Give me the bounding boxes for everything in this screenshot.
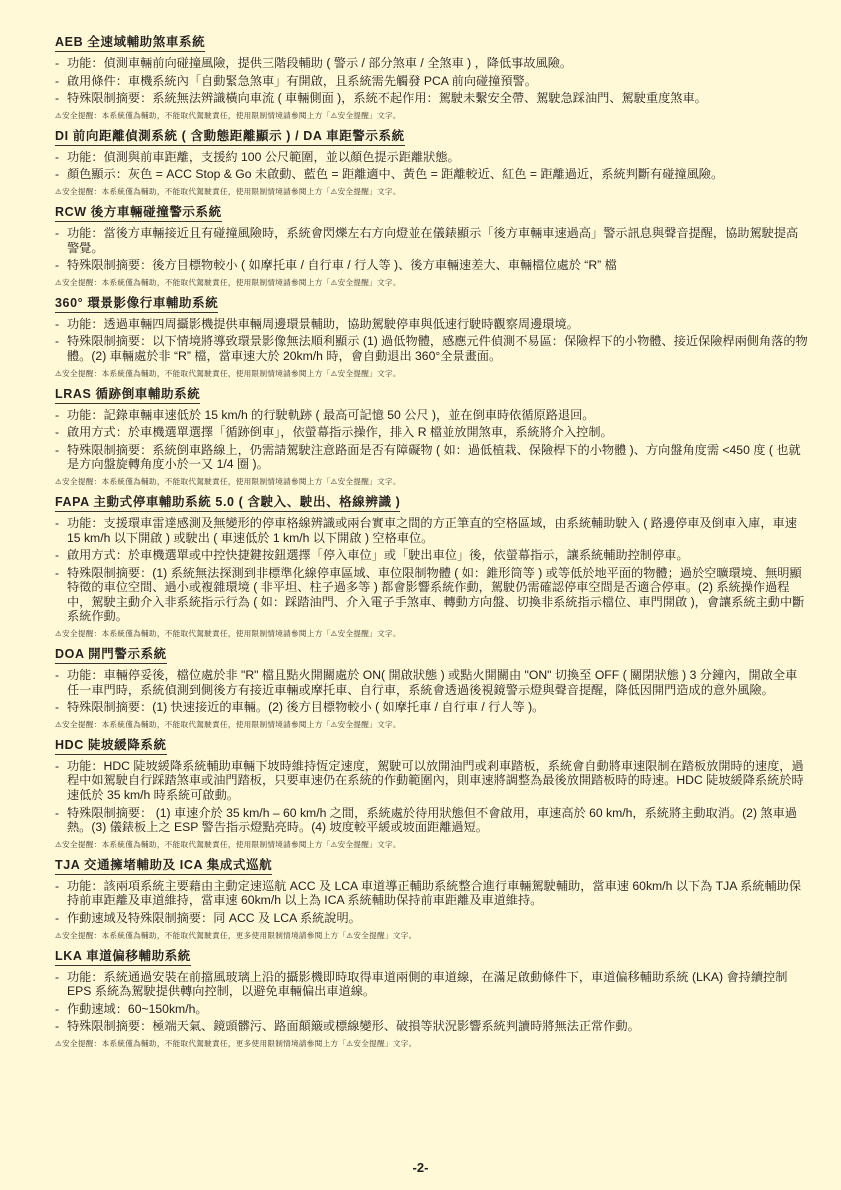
bullet-item: -特殊限制摘要：後方目標物較小 ( 如摩托車 / 自行車 / 行人等 )、後方車… <box>55 258 809 273</box>
dash-bullet-icon: - <box>55 759 59 774</box>
dash-bullet-icon: - <box>55 425 59 440</box>
bullet-text: 啟用方式：於車機選單或中控快捷鍵按鈕選擇「停入車位」或「駛出車位」後，依螢幕指示… <box>67 548 689 562</box>
system-section: AEB 全速域輔助煞車系統-功能：偵測車輛前向碰撞風險，提供三階段輔助 ( 警示… <box>55 33 809 121</box>
section-title: 360° 環景影像行車輔助系統 <box>55 296 218 313</box>
bullet-text: 顏色顯示：灰色 = ACC Stop & Go 未啟動、藍色 = 距離適中、黃色… <box>67 167 723 181</box>
system-section: LRAS 循跡倒車輔助系統-功能：記錄車輛車速低於 15 km/h 的行駛軌跡 … <box>55 385 809 487</box>
safety-note: ⚠安全提醒：本系統僅為輔助，不能取代駕駛責任，使用限制情境請參閱上方「⚠安全提醒… <box>55 839 809 850</box>
system-section: TJA 交通擁堵輔助及 ICA 集成式巡航-功能：該兩項系統主要藉由主動定速巡航… <box>55 856 809 941</box>
section-title: AEB 全速域輔助煞車系統 <box>55 35 205 52</box>
bullet-item: -功能：偵測與前車距離，支援約 100 公尺範圍，並以顏色提示距離狀態。 <box>55 150 809 165</box>
bullet-text: 啟用條件：車機系統內「自動緊急煞車」有開啟，且系統需先觸發 PCA 前向碰撞預警… <box>67 74 537 88</box>
safety-note: ⚠安全提醒：本系統僅為輔助，不能取代駕駛責任，更多使用限制情境請參閱上方「⚠安全… <box>55 1038 809 1049</box>
section-title: LRAS 循跡倒車輔助系統 <box>55 387 200 404</box>
bullet-item: -啟用方式：於車機選單或中控快捷鍵按鈕選擇「停入車位」或「駛出車位」後，依螢幕指… <box>55 548 809 563</box>
bullet-item: -功能：該兩項系統主要藉由主動定速巡航 ACC 及 LCA 車道導正輔助系統整合… <box>55 879 809 908</box>
bullet-item: -特殊限制摘要：極端天氣、鏡頭髒污、路面顛簸或標線變形、破損等狀況影響系統判讀時… <box>55 1019 809 1034</box>
bullet-item: -啟用條件：車機系統內「自動緊急煞車」有開啟，且系統需先觸發 PCA 前向碰撞預… <box>55 74 809 89</box>
section-title: HDC 陡坡緩降系統 <box>55 738 167 755</box>
safety-note: ⚠安全提醒：本系統僅為輔助，不能取代駕駛責任，更多使用限制情境請參閱上方「⚠安全… <box>55 930 809 941</box>
dash-bullet-icon: - <box>55 408 59 423</box>
section-title: DOA 開門警示系統 <box>55 647 167 664</box>
dash-bullet-icon: - <box>55 911 59 926</box>
dash-bullet-icon: - <box>55 970 59 985</box>
bullet-item: -特殊限制摘要：系統倒車路線上，仍需請駕駛注意路面是否有障礙物 ( 如：過低植栽… <box>55 443 809 472</box>
bullet-item: -作動速域：60~150km/h。 <box>55 1002 809 1017</box>
section-title: FAPA 主動式停車輔助系統 5.0 ( 含駛入、駛出、格線辨識 ) <box>55 495 400 512</box>
dash-bullet-icon: - <box>55 668 59 683</box>
dash-bullet-icon: - <box>55 317 59 332</box>
bullet-text: 功能：該兩項系統主要藉由主動定速巡航 ACC 及 LCA 車道導正輔助系統整合進… <box>67 879 801 908</box>
bullet-text: 功能：透過車輛四周攝影機提供車輛周邊環景輔助，協助駕駛停車與低速行駛時觀察周邊環… <box>67 317 579 331</box>
bullet-text: 特殊限制摘要：(1) 系統無法探測到非標準化線停車區域、車位限制物體 ( 如：錐… <box>67 566 804 624</box>
bullet-item: -特殊限制摘要：系統無法辨識橫向車流 ( 車輛側面 )，系統不起作用：駕駛未繫安… <box>55 91 809 106</box>
bullet-text: 特殊限制摘要：以下情境將導致環景影像無法順利顯示 (1) 過低物體，感應元件偵測… <box>67 334 808 363</box>
bullet-item: -顏色顯示：灰色 = ACC Stop & Go 未啟動、藍色 = 距離適中、黃… <box>55 167 809 182</box>
dash-bullet-icon: - <box>55 167 59 182</box>
bullet-text: 功能：HDC 陡坡緩降系統輔助車輛下坡時維持恆定速度，駕駛可以放開油門或剎車踏板… <box>67 759 804 802</box>
bullet-text: 功能：系統通過安裝在前擋風玻璃上沿的攝影機即時取得車道兩側的車道線，在滿足啟動條… <box>67 970 787 999</box>
dash-bullet-icon: - <box>55 879 59 894</box>
dash-bullet-icon: - <box>55 516 59 531</box>
system-section: FAPA 主動式停車輔助系統 5.0 ( 含駛入、駛出、格線辨識 )-功能：支援… <box>55 493 809 639</box>
bullet-text: 特殊限制摘要：(1) 快速接近的車輛。(2) 後方目標物較小 ( 如摩托車 / … <box>67 700 544 714</box>
dash-bullet-icon: - <box>55 700 59 715</box>
bullet-text: 功能：支援環車雷達感測及無變形的停車格線辨識或兩台實車之間的方正筆直的空格區域，… <box>67 516 797 545</box>
safety-note: ⚠安全提醒：本系統僅為輔助，不能取代駕駛責任，使用限制情境請參閱上方「⚠安全提醒… <box>55 277 809 288</box>
bullet-text: 特殊限制摘要：後方目標物較小 ( 如摩托車 / 自行車 / 行人等 )、後方車輛… <box>67 258 617 272</box>
dash-bullet-icon: - <box>55 226 59 241</box>
bullet-text: 功能：當後方車輛接近且有碰撞風險時，系統會閃爍左右方向燈並在儀錶顯示「後方車輛車… <box>67 226 798 255</box>
safety-note: ⚠安全提醒：本系統僅為輔助，不能取代駕駛責任，使用限制情境請參閱上方「⚠安全提醒… <box>55 110 809 121</box>
dash-bullet-icon: - <box>55 806 59 821</box>
page-number: -2- <box>0 1160 841 1175</box>
system-section: DI 前向距離偵測系統 ( 含動態距離顯示 ) / DA 車距警示系統-功能：偵… <box>55 127 809 197</box>
section-title: LKA 車道偏移輔助系統 <box>55 949 191 966</box>
bullet-text: 啟用方式：於車機選單選擇「循跡倒車」，依螢幕指示操作，排入 R 檔並放開煞車，系… <box>67 425 613 439</box>
bullet-text: 特殊限制摘要：系統無法辨識橫向車流 ( 車輛側面 )，系統不起作用：駕駛未繫安全… <box>67 91 707 105</box>
section-title: DI 前向距離偵測系統 ( 含動態距離顯示 ) / DA 車距警示系統 <box>55 129 405 146</box>
safety-note: ⚠安全提醒：本系統僅為輔助，不能取代駕駛責任，使用限制情境請參閱上方「⚠安全提醒… <box>55 186 809 197</box>
bullet-item: -特殊限制摘要：以下情境將導致環景影像無法順利顯示 (1) 過低物體，感應元件偵… <box>55 334 809 363</box>
bullet-text: 特殊限制摘要：系統倒車路線上，仍需請駕駛注意路面是否有障礙物 ( 如：過低植栽、… <box>67 443 801 472</box>
dash-bullet-icon: - <box>55 443 59 458</box>
dash-bullet-icon: - <box>55 1019 59 1034</box>
bullet-item: -功能：透過車輛四周攝影機提供車輛周邊環景輔助，協助駕駛停車與低速行駛時觀察周邊… <box>55 317 809 332</box>
bullet-item: -功能：HDC 陡坡緩降系統輔助車輛下坡時維持恆定速度，駕駛可以放開油門或剎車踏… <box>55 759 809 803</box>
bullet-text: 特殊限制摘要：極端天氣、鏡頭髒污、路面顛簸或標線變形、破損等狀況影響系統判讀時將… <box>67 1019 640 1033</box>
dash-bullet-icon: - <box>55 548 59 563</box>
dash-bullet-icon: - <box>55 1002 59 1017</box>
safety-note: ⚠安全提醒：本系統僅為輔助，不能取代駕駛責任，使用限制情境請參閱上方「⚠安全提醒… <box>55 628 809 639</box>
bullet-text: 特殊限制摘要： (1) 車速介於 35 km/h – 60 km/h 之間，系統… <box>67 806 797 835</box>
dash-bullet-icon: - <box>55 566 59 581</box>
bullet-item: -功能：偵測車輛前向碰撞風險，提供三階段輔助 ( 警示 / 部分煞車 / 全煞車… <box>55 56 809 71</box>
bullet-item: -功能：系統通過安裝在前擋風玻璃上沿的攝影機即時取得車道兩側的車道線，在滿足啟動… <box>55 970 809 999</box>
dash-bullet-icon: - <box>55 150 59 165</box>
system-section: LKA 車道偏移輔助系統-功能：系統通過安裝在前擋風玻璃上沿的攝影機即時取得車道… <box>55 947 809 1049</box>
dash-bullet-icon: - <box>55 56 59 71</box>
bullet-item: -功能：當後方車輛接近且有碰撞風險時，系統會閃爍左右方向燈並在儀錶顯示「後方車輛… <box>55 226 809 255</box>
bullet-text: 功能：車輛停妥後，檔位處於非 "R" 檔且點火開關處於 ON( 開啟狀態 ) 或… <box>67 668 797 697</box>
bullet-text: 作動速域：60~150km/h。 <box>67 1002 208 1016</box>
dash-bullet-icon: - <box>55 74 59 89</box>
system-section: 360° 環景影像行車輔助系統-功能：透過車輛四周攝影機提供車輛周邊環景輔助，協… <box>55 294 809 379</box>
bullet-text: 作動速域及特殊限制摘要：同 ACC 及 LCA 系統說明。 <box>67 911 361 925</box>
bullet-item: -功能：記錄車輛車速低於 15 km/h 的行駛軌跡 ( 最高可記憶 50 公尺… <box>55 408 809 423</box>
bullet-item: -啟用方式：於車機選單選擇「循跡倒車」，依螢幕指示操作，排入 R 檔並放開煞車，… <box>55 425 809 440</box>
section-title: TJA 交通擁堵輔助及 ICA 集成式巡航 <box>55 858 272 875</box>
bullet-item: -特殊限制摘要： (1) 車速介於 35 km/h – 60 km/h 之間，系… <box>55 806 809 835</box>
bullet-text: 功能：記錄車輛車速低於 15 km/h 的行駛軌跡 ( 最高可記憶 50 公尺 … <box>67 408 594 422</box>
system-section: RCW 後方車輛碰撞警示系統-功能：當後方車輛接近且有碰撞風險時，系統會閃爍左右… <box>55 203 809 288</box>
system-section: HDC 陡坡緩降系統-功能：HDC 陡坡緩降系統輔助車輛下坡時維持恆定速度，駕駛… <box>55 736 809 850</box>
section-title: RCW 後方車輛碰撞警示系統 <box>55 205 222 222</box>
safety-note: ⚠安全提醒：本系統僅為輔助，不能取代駕駛責任，使用限制情境請參閱上方「⚠安全提醒… <box>55 476 809 487</box>
dash-bullet-icon: - <box>55 91 59 106</box>
bullet-item: -作動速域及特殊限制摘要：同 ACC 及 LCA 系統說明。 <box>55 911 809 926</box>
safety-note: ⚠安全提醒：本系統僅為輔助，不能取代駕駛責任，使用限制情境請參閱上方「⚠安全提醒… <box>55 719 809 730</box>
document-page: AEB 全速域輔助煞車系統-功能：偵測車輛前向碰撞風險，提供三階段輔助 ( 警示… <box>0 0 841 1049</box>
dash-bullet-icon: - <box>55 334 59 349</box>
bullet-text: 功能：偵測與前車距離，支援約 100 公尺範圍，並以顏色提示距離狀態。 <box>67 150 460 164</box>
bullet-item: -功能：支援環車雷達感測及無變形的停車格線辨識或兩台實車之間的方正筆直的空格區域… <box>55 516 809 545</box>
system-section: DOA 開門警示系統-功能：車輛停妥後，檔位處於非 "R" 檔且點火開關處於 O… <box>55 645 809 730</box>
dash-bullet-icon: - <box>55 258 59 273</box>
bullet-text: 功能：偵測車輛前向碰撞風險，提供三階段輔助 ( 警示 / 部分煞車 / 全煞車 … <box>67 56 572 70</box>
bullet-item: -功能：車輛停妥後，檔位處於非 "R" 檔且點火開關處於 ON( 開啟狀態 ) … <box>55 668 809 697</box>
safety-note: ⚠安全提醒：本系統僅為輔助，不能取代駕駛責任，使用限制情境請參閱上方「⚠安全提醒… <box>55 368 809 379</box>
bullet-item: -特殊限制摘要：(1) 系統無法探測到非標準化線停車區域、車位限制物體 ( 如：… <box>55 566 809 624</box>
bullet-item: -特殊限制摘要：(1) 快速接近的車輛。(2) 後方目標物較小 ( 如摩托車 /… <box>55 700 809 715</box>
